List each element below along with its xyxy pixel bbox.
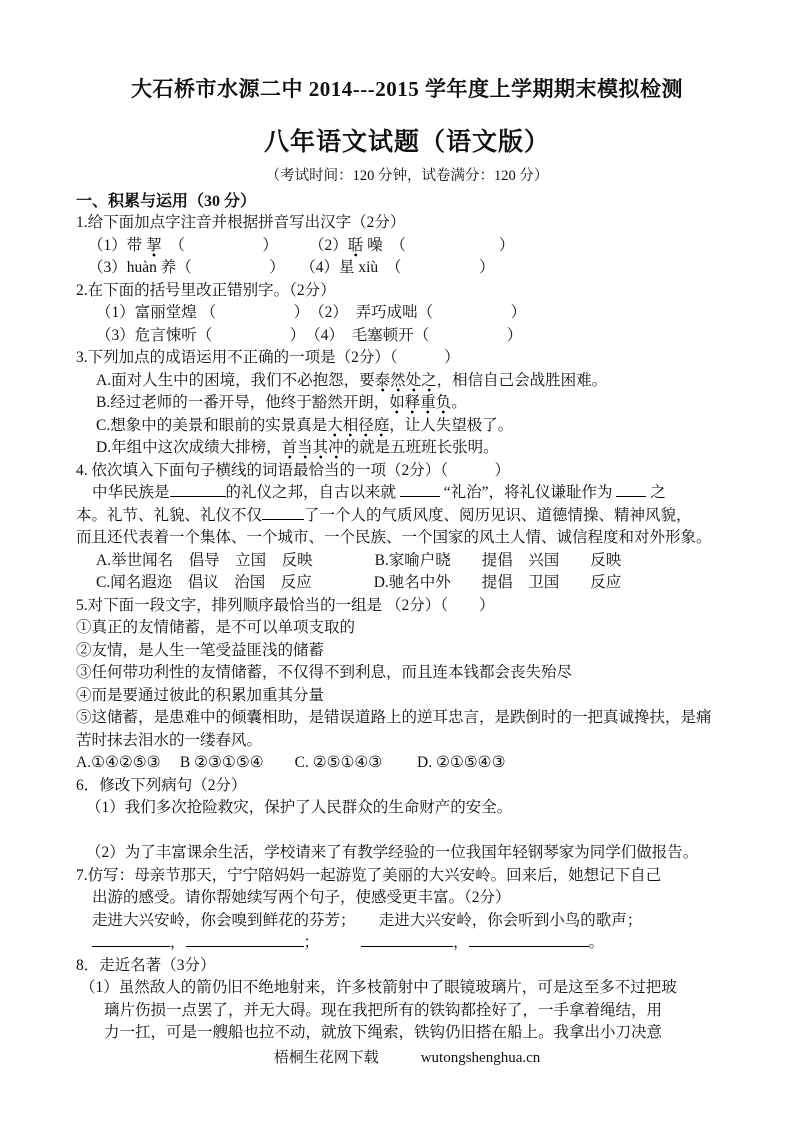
q1-item1-blank-parens: （ ） [162,237,271,254]
q2-title: 2.在下面的括号里改正错别字。（2分） [76,280,738,303]
footer-site-url: wutongshenghua.cn [421,1050,541,1066]
q5-sentence-2: ②友情，是人生一笔受益匪浅的储蓄 [76,640,738,663]
q5-options: A.①④②⑤③ B ②③①⑤④ C. ②⑤①④③ D. ②①⑤④③ [76,752,738,775]
q4-sentence-line2: 本。礼节、礼貌、礼仪不仅了一个人的气质风度、阅历见识、道德情操、精神风貌， [76,505,738,528]
q3-option-c: C.想象中的美景和眼前的实景真是大相径庭，让人失望极了。 [76,415,738,438]
q3-option-d-dotted-idiom: 首当其冲 [282,439,344,459]
q1-items-row2: （3）huàn 养（ ） （4）星 xiù （ ） [76,257,738,280]
q7-separator-comma1: ， [170,934,186,951]
q4-l2-p2: 了一个人的气质风度、阅历见识、道德情操、精神风貌， [304,507,692,524]
q6-title: 6．修改下列病句（2分） [76,775,738,798]
q3-option-c-pre: C.想象中的美景和眼前的实景真是 [96,417,327,434]
q1-item1-dotted-char: 挈 [146,237,162,257]
q7-separator-period: 。 [589,934,605,951]
q3-title: 3.下列加点的成语运用不正确的一项是（2分）（ ） [76,347,738,370]
exam-info: （考试时间：120 分钟，试卷满分：120 分） [76,167,738,185]
q2-items-row2: （3）危言悚听（ ） （4） 毛塞顿开（ ） [76,325,738,348]
q7-line3: 走进大兴安岭，你会嗅到鲜花的芬芳； 走进大兴安岭，你会听到小鸟的歌声； [76,910,738,933]
document-title: 大石桥市水源二中 2014---2015 学年度上学期期末模拟检测 [76,76,738,102]
exam-paper-page: 大石桥市水源二中 2014---2015 学年度上学期期末模拟检测 八年语文试题… [0,0,793,1122]
q1-item2-pre: （2） [317,237,348,254]
q6-item1: （1）我们多次抢险救灾，保护了人民群众的生命财产的安全。 [76,797,738,820]
q7-separator-comma2: ， [453,934,469,951]
q3-option-a-dotted-idiom: 泰然处之 [375,372,437,392]
q2-items-row1: （1）富丽堂煌 （ ） （2） 弄巧成咄（ ） [76,302,738,325]
q5-sentence-5-line2: 苦时抹去泪水的一缕春风。 [76,730,738,753]
q1-item2-dotted-char: 聒 [348,237,364,257]
q1-items-gap [270,237,317,254]
q4-options-cd: C.闻名遐迩 倡议 治国 反应 D.驰名中外 提倡 卫国 反应 [76,572,738,595]
q7-line1: 7.仿写：母亲节那天，宁宁陪妈妈一起游览了美丽的大兴安岭。回来后，她想记下自己 [76,865,738,888]
q4-sentence-line1: 中华民族是的礼仪之邦，自古以来就 “礼治”，将礼仪谦耻作为 之 [76,482,738,505]
answer-blank [170,483,226,497]
q4-l1-p4: 之 [646,484,665,501]
q3-option-c-dotted-idiom: 大相径庭 [327,417,389,437]
footer: 梧桐生花网下载wutongshenghua.cn [76,1047,738,1069]
q3-option-b: B.经过老师的一番开导，他终于豁然开朗，如释重负。 [76,392,738,415]
section1-heading: 一、积累与运用（30 分） [76,192,738,212]
q4-options-ab: A.举世闻名 倡导 立国 反映 B.家喻户晓 提倡 兴国 反映 [76,550,738,573]
q5-title: 5.对下面一段文字，排列顺序最恰当的一组是 （2分）（ ） [76,595,738,618]
q3-option-a-pre: A.面对人生中的困境，我们不必抱怨，要 [96,372,375,389]
q8-passage-line1: （1）虽然敌人的箭仍旧不绝地射来，许多枝箭射中了眼镜玻璃片，可是这至多不过把玻 [76,977,738,1000]
q3-option-d-pre: D.年组中这次成绩大排榜， [96,439,282,456]
q5-sentence-4: ④而是要通过彼此的积累加重其分量 [76,685,738,708]
q7-answer-blanks-row: ，；，。 [76,932,738,955]
q8-passage-line2: 璃片伤损一点罢了，并无大碍。现在我把所有的铁钩都拴好了，一手拿着绳结，用 [76,1000,738,1023]
q4-l1-p2: 的礼仪之邦，自古以来就 [226,484,400,501]
q1-item2-post: 噪 （ ） [363,237,514,254]
answer-blank [92,933,170,947]
q3-option-d-post: 的就是五班班长张明。 [344,439,499,456]
answer-blank [616,483,646,497]
footer-site-name: 梧桐生花网下载 [274,1050,379,1066]
answer-blank [400,483,440,497]
q1-title: 1.给下面加点字注音并根据拼音写出汉字（2分） [76,212,738,235]
q4-l1-p3: “礼治”，将礼仪谦耻作为 [440,484,617,501]
q1-items-row1: （1）带 挈 （ ） （2）聒 噪 （ ） [76,235,738,258]
q5-sentence-1: ①真正的友情储蓄，是不可以单项支取的 [76,617,738,640]
q5-sentence-5-line1: ⑤这储蓄，是患难中的倾囊相助，是错误道路上的逆耳忠言，是跌倒时的一把真诚搀扶，是… [76,707,738,730]
document-subtitle: 八年语文试题（语文版） [76,128,738,158]
q1-item1-pre: （1）带 [88,237,146,254]
q4-title: 4. 依次填入下面句子横线的词语最恰当的一项（2分）（ ） [76,460,738,483]
answer-blank [361,933,453,947]
q3-option-b-pre: B.经过老师的一番开导，他终于豁然开朗， [96,394,389,411]
q3-option-b-dotted-idiom: 如释重负 [389,394,451,414]
q5-sentence-3: ③任何带功利性的友情储蓄，不仅得不到利息，而且连本钱都会丧失殆尽 [76,662,738,685]
q7-line2: 出游的感受。请你帮她续写两个句子，使感受更丰富。（2分） [76,887,738,910]
q4-l2-p1: 本。礼节、礼貌、礼仪不仅 [76,507,262,524]
q3-option-c-post: ，让人失望极了。 [389,417,513,434]
q8-title: 8．走近名著（3分） [76,955,738,978]
q3-option-a-post: ，相信自己会战胜困难。 [437,372,608,389]
answer-blank [186,933,304,947]
q3-option-a: A.面对人生中的困境，我们不必抱怨，要泰然处之，相信自己会战胜困难。 [76,370,738,393]
answer-blank [469,933,589,947]
q8-passage-line3: 力一扛，可是一艘船也拉不动，就放下绳索，铁钩仍旧搭在船上。我拿出小刀决意 [76,1022,738,1045]
q4-l1-p1: 中华民族是 [92,484,170,501]
answer-blank [262,506,304,520]
blank-line [76,820,738,843]
q3-option-d: D.年组中这次成绩大排榜，首当其冲的就是五班班长张明。 [76,437,738,460]
q7-separator-semicolon: ； [304,934,320,951]
q6-item2: （2）为了丰富课余生活，学校请来了有教学经验的一位我国年轻钢琴家为同学们做报告。 [76,842,738,865]
q4-sentence-line3: 而且还代表着一个集体、一个城市、一个民族、一个国家的风土人情、诚信程度和对外形象… [76,527,738,550]
q3-option-b-post: 。 [451,394,467,411]
